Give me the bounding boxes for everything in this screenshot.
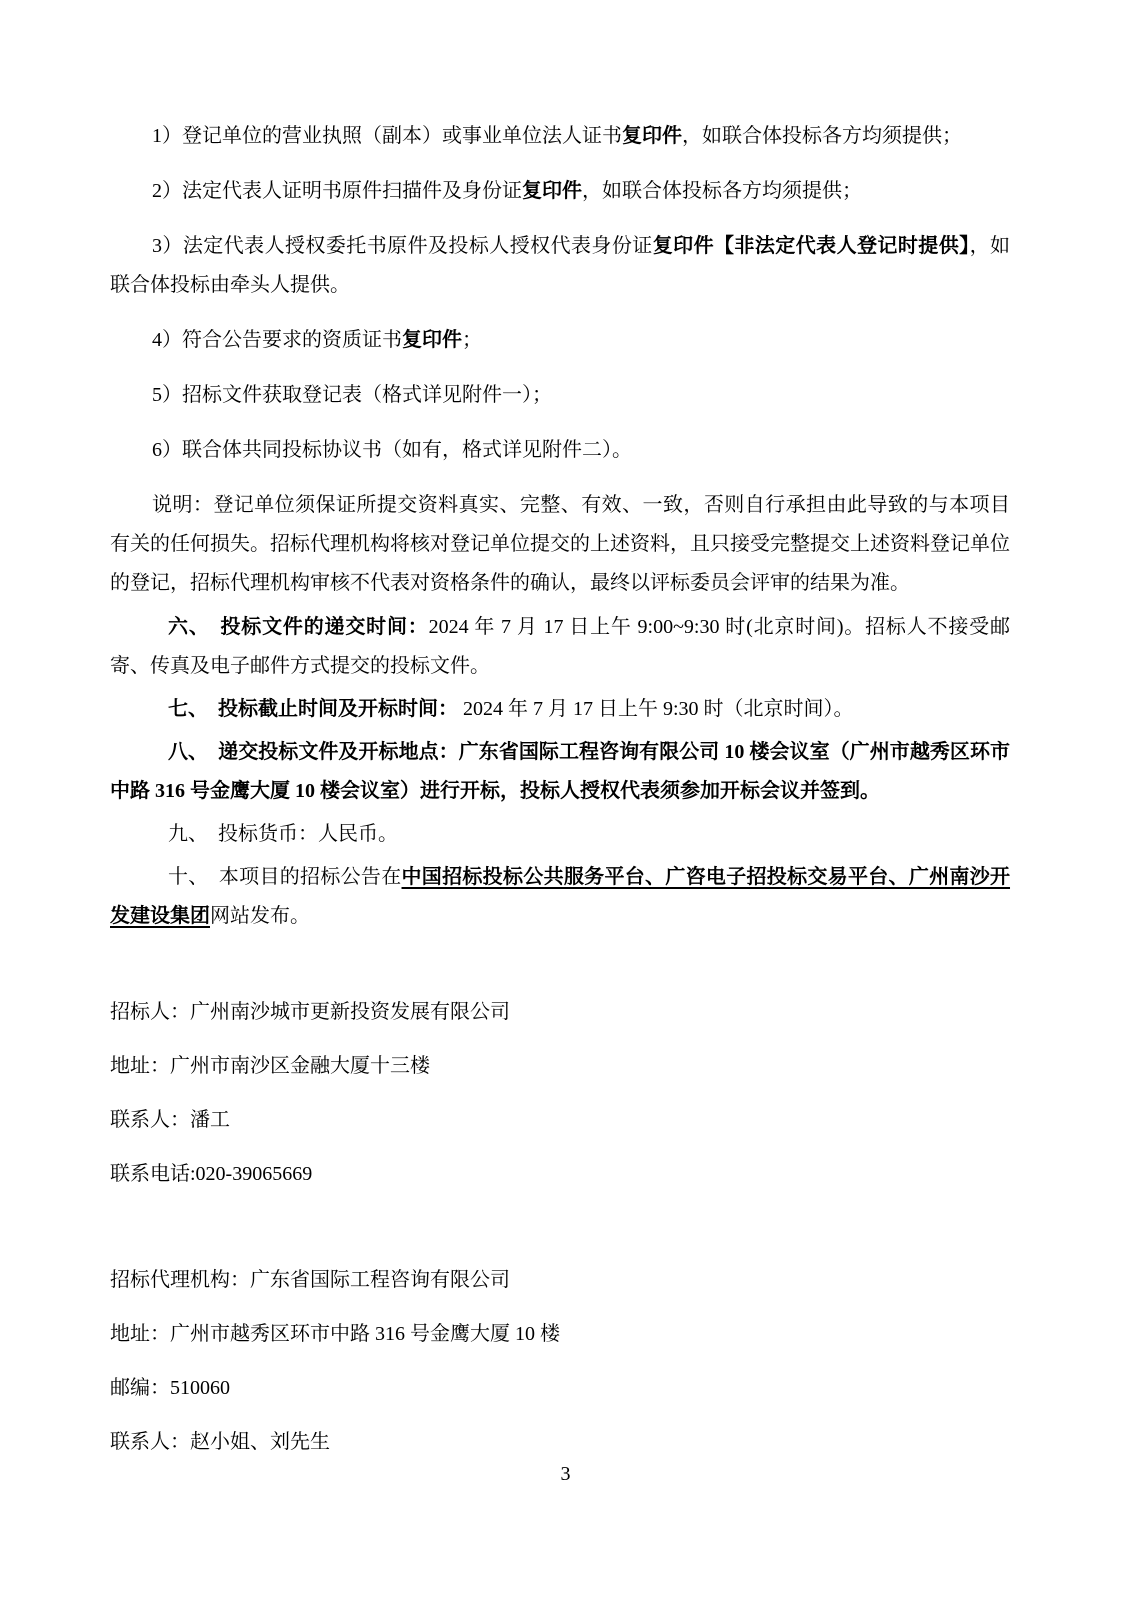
list-item-1: 1）登记单位的营业执照（副本）或事业单位法人证书复印件，如联合体投标各方均须提供… xyxy=(110,117,1010,156)
text-run-bold: 复印件【非法定代表人登记时提供】 xyxy=(653,235,970,257)
text-run: ； xyxy=(462,329,482,351)
tenderer-name: 招标人：广州南沙城市更新投资发展有限公司 xyxy=(110,993,1010,1032)
clause-seven: 七、 投标截止时间及开标时间： 2024 年 7 月 17 日上午 9:30 时… xyxy=(110,690,1010,729)
text-run: 1）登记单位的营业执照（副本）或事业单位法人证书 xyxy=(152,125,622,147)
clause-heading: 八、 递交投标文件及开标地点： xyxy=(168,741,459,763)
clause-nine: 九、 投标货币：人民币。 xyxy=(110,815,1010,854)
text-run: 3）法定代表人授权委托书原件及投标人授权代表身份证 xyxy=(152,235,653,257)
list-item-3: 3）法定代表人授权委托书原件及投标人授权代表身份证复印件【非法定代表人登记时提供… xyxy=(110,227,1010,305)
list-item-6: 6）联合体共同投标协议书（如有，格式详见附件二）。 xyxy=(110,431,1010,470)
list-item-5: 5）招标文件获取登记表（格式详见附件一）； xyxy=(110,376,1010,415)
agency-name: 招标代理机构：广东省国际工程咨询有限公司 xyxy=(110,1261,1010,1300)
text-run: 十、 本项目的招标公告在 xyxy=(168,866,402,888)
document-page: 1）登记单位的营业执照（副本）或事业单位法人证书复印件，如联合体投标各方均须提供… xyxy=(0,0,1131,1600)
clause-ten: 十、 本项目的招标公告在中国招标投标公共服务平台、广咨电子招投标交易平台、广州南… xyxy=(110,858,1010,936)
agency-postcode: 邮编：510060 xyxy=(110,1369,1010,1408)
text-run: 九、 投标货币：人民币。 xyxy=(168,823,398,845)
text-run: 5）招标文件获取登记表（格式详见附件一）； xyxy=(152,384,552,406)
text-run: 4）符合公告要求的资质证书 xyxy=(152,329,402,351)
clause-six: 六、 投标文件的递交时间：2024 年 7 月 17 日上午 9:00~9:30… xyxy=(110,608,1010,686)
text-run-bold: 复印件 xyxy=(622,125,682,147)
document-content: 1）登记单位的营业执照（副本）或事业单位法人证书复印件，如联合体投标各方均须提供… xyxy=(110,117,1010,1477)
text-run: 网站发布。 xyxy=(210,905,310,927)
page-number: 3 xyxy=(0,1461,1131,1487)
list-item-4: 4）符合公告要求的资质证书复印件； xyxy=(110,321,1010,360)
text-run: 2）法定代表人证明书原件扫描件及身份证 xyxy=(152,180,522,202)
clause-eight: 八、 递交投标文件及开标地点：广东省国际工程咨询有限公司 10 楼会议室（广州市… xyxy=(110,733,1010,811)
list-item-2: 2）法定代表人证明书原件扫描件及身份证复印件，如联合体投标各方均须提供； xyxy=(110,172,1010,211)
clause-heading: 六、 投标文件的递交时间： xyxy=(168,616,429,638)
text-run: 2024 年 7 月 17 日上午 9:30 时（北京时间）。 xyxy=(458,698,854,720)
note-paragraph: 说明：登记单位须保证所提交资料真实、完整、有效、一致，否则自行承担由此导致的与本… xyxy=(110,486,1010,603)
agency-address: 地址：广州市越秀区环市中路 316 号金鹰大厦 10 楼 xyxy=(110,1315,1010,1354)
tenderer-contact-person: 联系人：潘工 xyxy=(110,1101,1010,1140)
tenderer-phone: 联系电话:020-39065669 xyxy=(110,1155,1010,1194)
text-run: 6）联合体共同投标协议书（如有，格式详见附件二）。 xyxy=(152,439,632,461)
text-run: ，如联合体投标各方均须提供； xyxy=(682,125,962,147)
clause-heading: 七、 投标截止时间及开标时间： xyxy=(168,698,458,720)
text-run-bold: 复印件 xyxy=(402,329,462,351)
text-run: ，如联合体投标各方均须提供； xyxy=(582,180,862,202)
text-run-bold: 复印件 xyxy=(522,180,582,202)
tenderer-address: 地址：广州市南沙区金融大厦十三楼 xyxy=(110,1047,1010,1086)
agency-contact-person: 联系人：赵小姐、刘先生 xyxy=(110,1423,1010,1462)
